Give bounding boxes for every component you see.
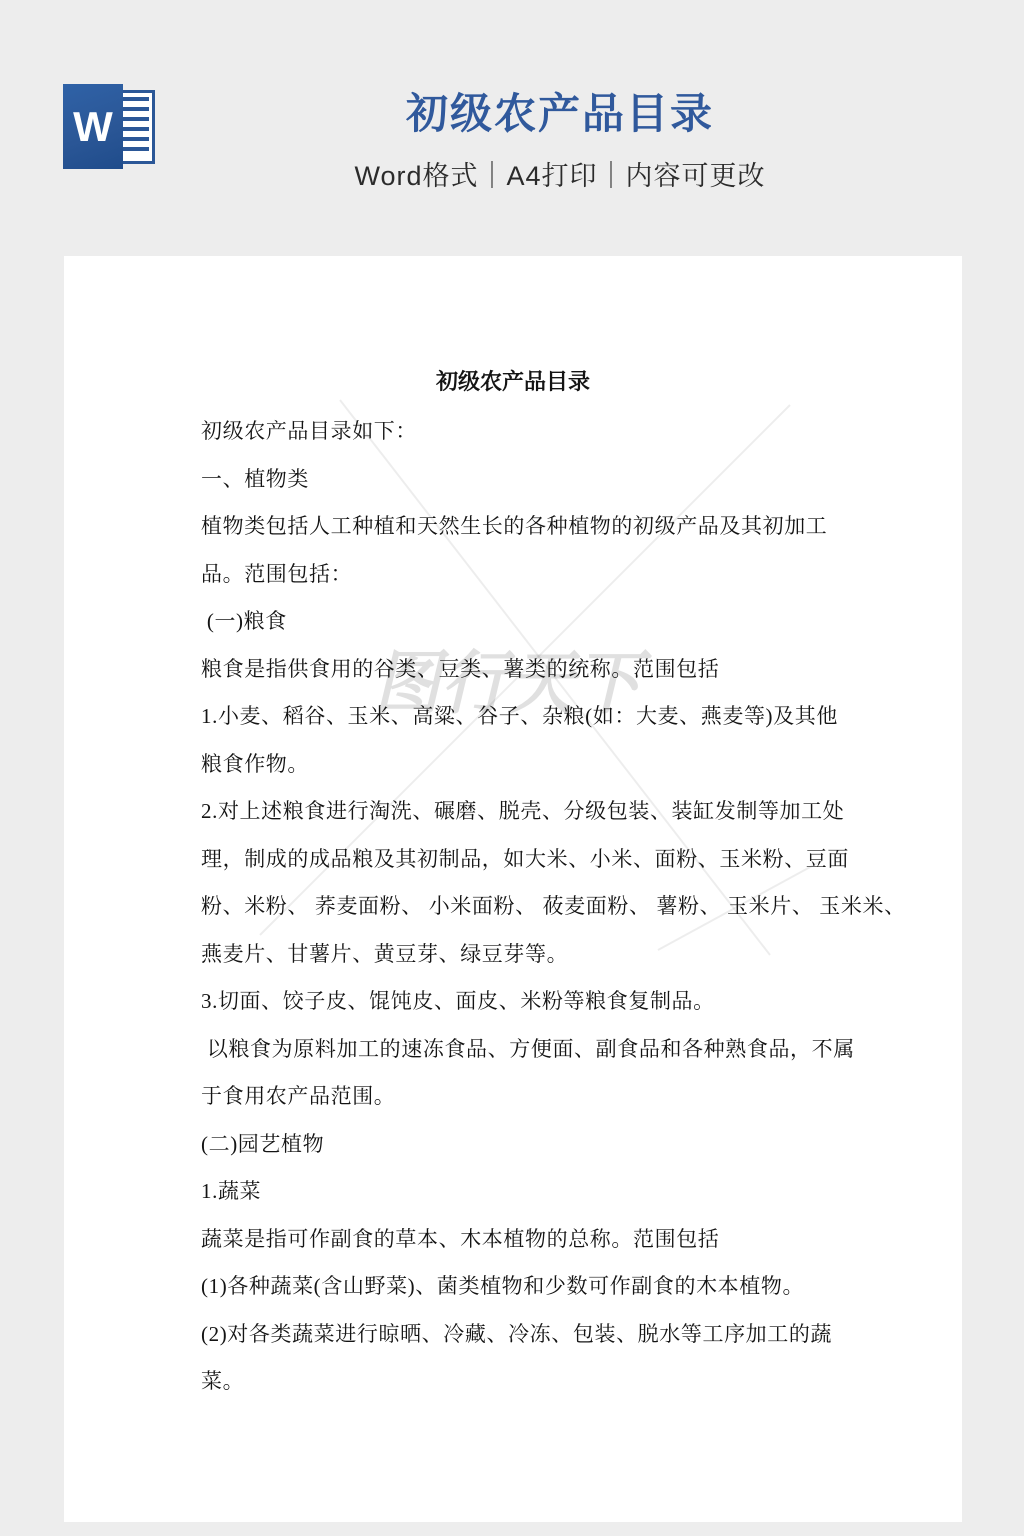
page-subtitle: Word格式｜A4打印｜内容可更改 [160,154,960,193]
doc-line: 粉、米粉、 荞麦面粉、 小米面粉、 莜麦面粉、 薯粉、 玉米片、 玉米米、 [201,883,921,931]
doc-line: (二)园艺植物 [201,1121,921,1169]
word-file-icon: W [63,84,153,169]
doc-line: 燕麦片、甘薯片、黄豆芽、绿豆芽等。 [201,931,921,979]
page-title: 初级农产品目录 [160,88,960,140]
doc-line: 粮食作物。 [201,741,921,789]
word-icon-letter: W [73,106,113,148]
document-title: 初级农产品目录 [64,356,962,408]
doc-line: 于食用农产品范围。 [201,1073,921,1121]
doc-line: 初级农产品目录如下： [201,408,921,456]
doc-line: (1)各种蔬菜(含山野菜)、菌类植物和少数可作副食的木本植物。 [201,1263,921,1311]
doc-line: 1.蔬菜 [201,1168,921,1216]
doc-line: 一、植物类 [201,456,921,504]
doc-line: 1.小麦、稻谷、玉米、高粱、谷子、杂粮(如：大麦、燕麦等)及其他 [201,693,921,741]
document-body: 初级农产品目录如下：一、植物类植物类包括人工种植和天然生长的各种植物的初级产品及… [201,408,921,1406]
document-page: 图行天下 初级农产品目录 初级农产品目录如下：一、植物类植物类包括人工种植和天然… [64,256,962,1522]
doc-line: 理，制成的成品粮及其初制品，如大米、小米、面粉、玉米粉、豆面 [201,836,921,884]
word-icon-flag: W [63,84,123,169]
word-icon-text-lines [121,97,149,157]
doc-line: 以粮食为原料加工的速冻食品、方便面、副食品和各种熟食品，不属 [201,1026,921,1074]
doc-line: 菜。 [201,1358,921,1406]
header: W 初级农产品目录 Word格式｜A4打印｜内容可更改 [0,0,1024,256]
doc-line: 蔬菜是指可作副食的草本、木本植物的总称。范围包括 [201,1216,921,1264]
doc-line: (2)对各类蔬菜进行晾晒、冷藏、冷冻、包装、脱水等工序加工的蔬 [201,1311,921,1359]
doc-line: 粮食是指供食用的谷类、豆类、薯类的统称。范围包括 [201,646,921,694]
doc-line: 3.切面、饺子皮、馄饨皮、面皮、米粉等粮食复制品。 [201,978,921,1026]
doc-line: 2.对上述粮食进行淘洗、碾磨、脱壳、分级包装、装缸发制等加工处 [201,788,921,836]
doc-line: 品。范围包括： [201,551,921,599]
doc-line: (一)粮食 [201,598,921,646]
header-text-block: 初级农产品目录 Word格式｜A4打印｜内容可更改 [160,88,960,193]
doc-line: 植物类包括人工种植和天然生长的各种植物的初级产品及其初加工 [201,503,921,551]
